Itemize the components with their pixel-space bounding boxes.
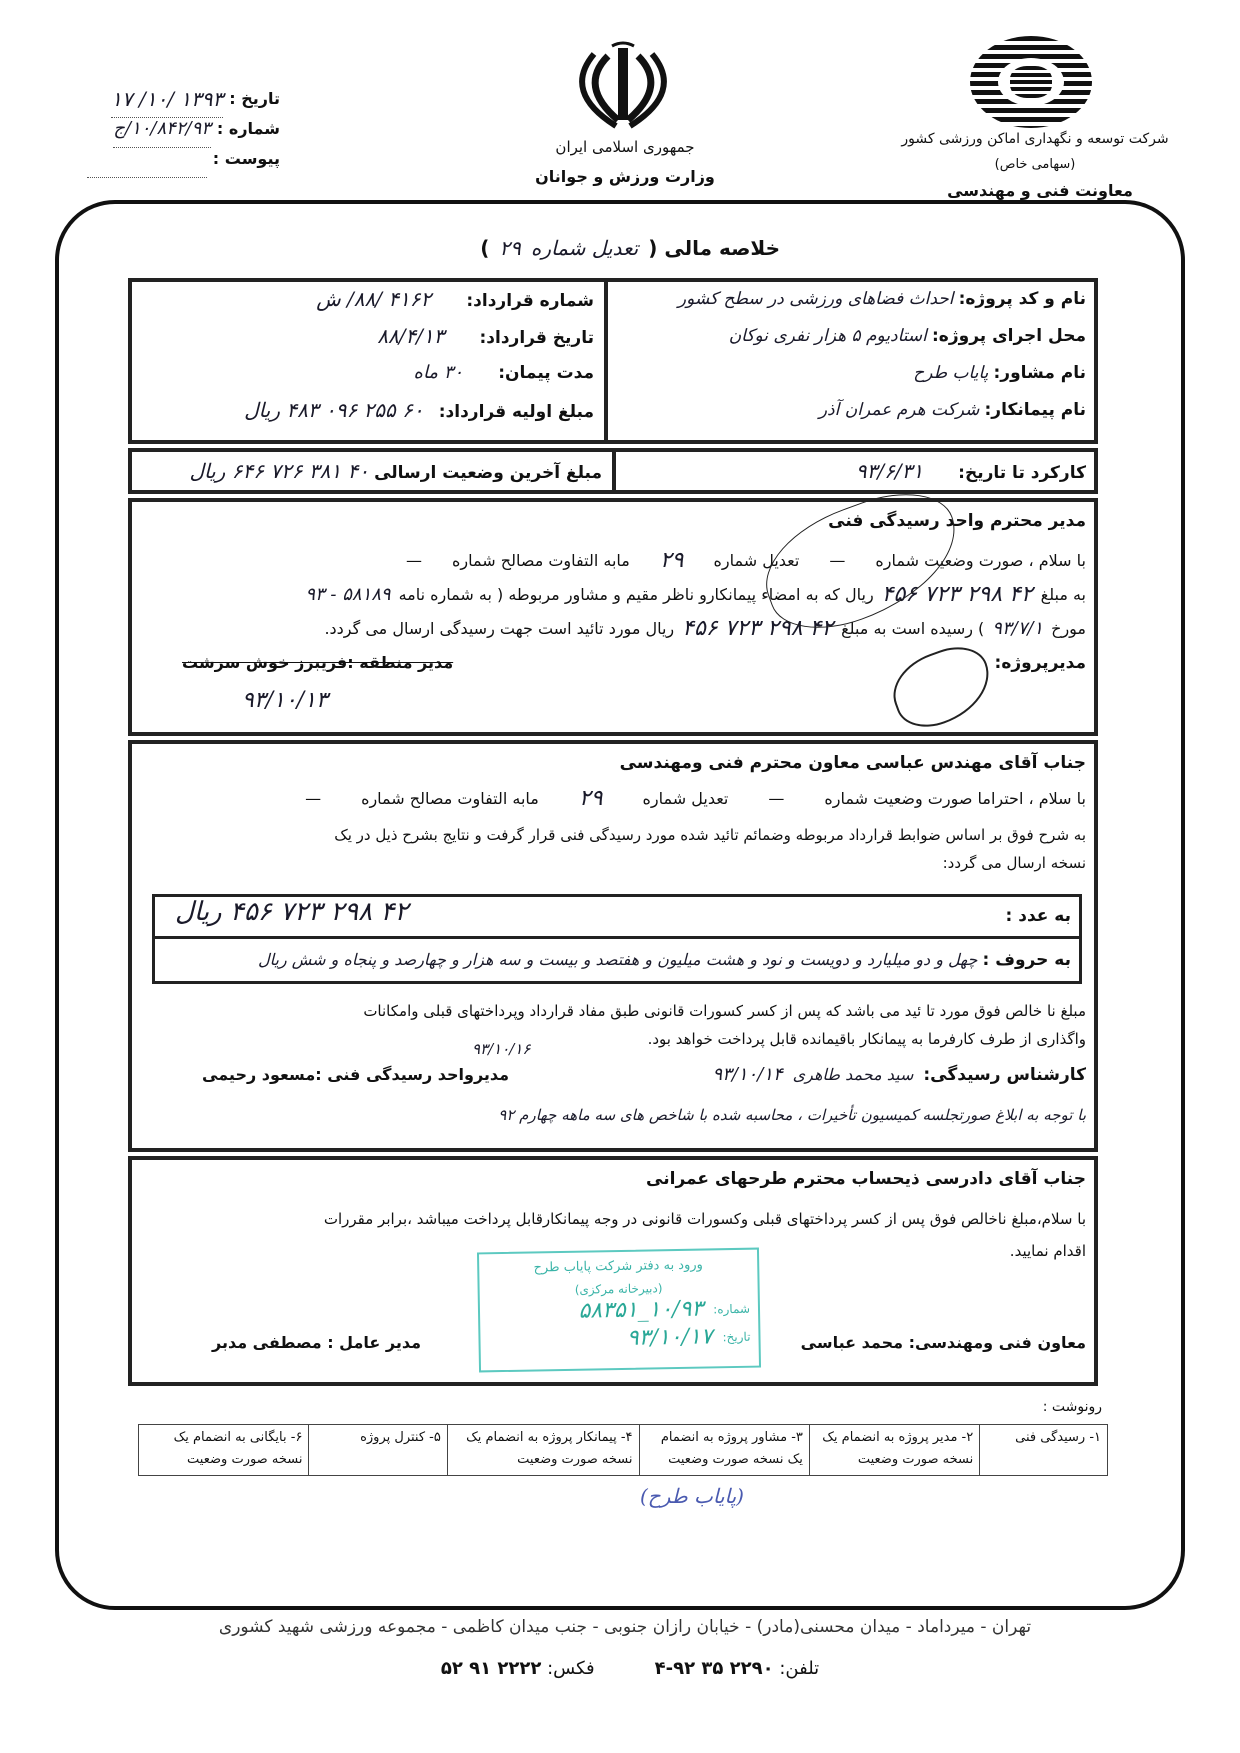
- ministry-name: وزارت ورزش و جوانان: [520, 166, 730, 188]
- project-info-box: نام و کد پروژه: احداث فضاهای ورزشی در سط…: [128, 278, 1098, 444]
- last-status-amount: مبلغ آخرین وضعیت ارسالی ۴۰ ۳۸۱ ۷۲۶ ۶۴۶ ر…: [142, 460, 602, 484]
- section-technical-review: مدیر محترم واحد رسیدگی فنی با سلام ، صور…: [128, 498, 1098, 736]
- amount-numeric-row: به عدد : ۴۲ ۲۹۸ ۷۲۳ ۴۵۶ ریال: [155, 897, 1079, 939]
- company-department: معاونت فنی و مهندسی: [930, 180, 1150, 202]
- number-value: ۱۰/۸۴۲/۹۳/ج: [113, 118, 211, 148]
- amount-box: به عدد : ۴۲ ۲۹۸ ۷۲۳ ۴۵۶ ریال به حروف : چ…: [152, 894, 1082, 984]
- copy-item: ۶- بایگانی به انضمام یک نسخه صورت وضعیت: [139, 1425, 309, 1476]
- copy-item: ۴- پیمانکار پروژه به انضمام یک نسخه صورت…: [447, 1425, 639, 1476]
- ceo-signature: مدیر عامل : مصطفی مدبر: [212, 1332, 421, 1354]
- attachment-value: [87, 148, 207, 178]
- copy-item: ۲- مدیر پروژه به انضمام یک نسخه صورت وضع…: [809, 1425, 979, 1476]
- reviewer: کارشناس رسیدگی: سید محمد طاهری ۹۳/۱۰/۱۴: [712, 1064, 1086, 1086]
- received-stamp: ورود به دفتر شرکت پایاب طرح (دبیرخانه مر…: [477, 1248, 761, 1373]
- handwritten-consultant: (پایاب طرح): [640, 1484, 744, 1508]
- number-label: شماره :: [217, 118, 280, 148]
- region-manager-sign-date: ۹۳/۱۰/۱۳: [242, 688, 328, 713]
- handwritten-note: با توجه به ابلاغ صورتجلسه کمیسیون تأخیرا…: [498, 1104, 1086, 1126]
- copy-item: ۱- رسیدگی فنی: [980, 1425, 1108, 1476]
- section2-paragraph-cont: نسخه ارسال می گردد:: [943, 852, 1086, 874]
- company-name: شرکت توسعه و نگهداری اماکن ورزشی کشور: [890, 128, 1180, 150]
- amount-words-row: به حروف : چهل و دو میلیارد و دویست و نود…: [155, 941, 1079, 981]
- letter-meta: تاریخ : ۱۳۹۳ /۱۰/ ۱۷ شماره : ۱۰/۸۴۲/۹۳/ج…: [60, 88, 280, 178]
- section3-paragraph: با سلام،مبلغ ناخالص فوق پس از کسر پرداخت…: [324, 1208, 1086, 1230]
- project-info-right: نام و کد پروژه: احداث فضاهای ورزشی در سط…: [604, 282, 1094, 440]
- gov-name: جمهوری اسلامی ایران: [530, 136, 720, 158]
- section-deputy-review: جناب آقای مهندس عباسی معاون محترم فنی وم…: [128, 740, 1098, 1152]
- unit-manager: مدیرواحد رسیدگی فنی :مسعود رحیمی: [202, 1064, 509, 1086]
- signature-icon: [883, 637, 1001, 737]
- project-info-left: شماره قرارداد: ۴۱۶۲ /۸۸/ ش تاریخ قرارداد…: [132, 282, 602, 440]
- section3-paragraph-cont: اقدام نمایید.: [1010, 1240, 1086, 1262]
- unit-manager-date: ۹۳/۱۰/۱۶: [472, 1040, 530, 1058]
- section1-line3: مورخ ۹۳/۷/۱ ) رسیده است به مبلغ ۴۲ ۲۹۸ ۷…: [136, 618, 1086, 640]
- company-logo-icon: [970, 36, 1092, 128]
- net-amount-note: مبلغ نا خالص فوق مورد تا ئید می باشد که …: [363, 1000, 1086, 1022]
- company-type: (سهامی خاص): [960, 154, 1110, 176]
- copy-item: ۵- کنترل پروژه: [309, 1425, 447, 1476]
- section2-line1: با سلام ، احتراما صورت وضعیت شماره — تعد…: [146, 788, 1086, 810]
- copies-table: ۱- رسیدگی فنی ۲- مدیر پروژه به انضمام یک…: [138, 1424, 1108, 1476]
- date-label: تاریخ :: [229, 88, 280, 118]
- page-title: خلاصه مالی ( تعدیل شماره ۲۹ ): [380, 236, 780, 260]
- performance-row: کارکرد تا تاریخ: ۹۳/۶/۳۱ مبلغ آخرین وضعی…: [128, 448, 1098, 494]
- section2-title: جناب آقای مهندس عباسی معاون محترم فنی وم…: [620, 752, 1086, 774]
- footer-address: تهران - میرداماد - میدان محسنی(مادر) - خ…: [130, 1616, 1120, 1638]
- iran-emblem-icon: [568, 40, 678, 130]
- performance-date: کارکرد تا تاریخ: ۹۳/۶/۳۱: [856, 460, 1086, 484]
- date-value: ۱۳۹۳ /۱۰/ ۱۷: [111, 88, 223, 118]
- section2-paragraph: به شرح فوق بر اساس ضوابط قرارداد مربوطه …: [334, 824, 1086, 846]
- deputy-signature: معاون فنی ومهندسی: محمد عباسی: [801, 1332, 1086, 1354]
- footer-contact: تلفن: ۲۲۹۰ ۳۵ ۹۲-۴ فکس: ۲۲۲۲ ۹۱ ۵۲: [370, 1658, 890, 1680]
- project-manager-label: مدیرپروژه:: [995, 652, 1086, 674]
- copy-item: ۳- مشاور پروژه به انضمام یک نسخه صورت وض…: [639, 1425, 809, 1476]
- net-amount-note-cont: واگذاری از طرف کارفرما به پیمانکار باقیم…: [648, 1028, 1086, 1050]
- copies-label: رونوشت :: [1043, 1396, 1102, 1418]
- region-manager: مدیر منطقه :فریبرز خوش سرشت: [182, 652, 453, 674]
- attachment-label: پیوست :: [213, 148, 280, 178]
- section3-title: جناب آقای دادرسی ذیحساب محترم طرحهای عمر…: [646, 1168, 1086, 1190]
- section1-line2: به مبلغ ۴۲ ۲۹۸ ۷۲۳ ۴۵۶ ریال که به امضاء …: [136, 584, 1086, 606]
